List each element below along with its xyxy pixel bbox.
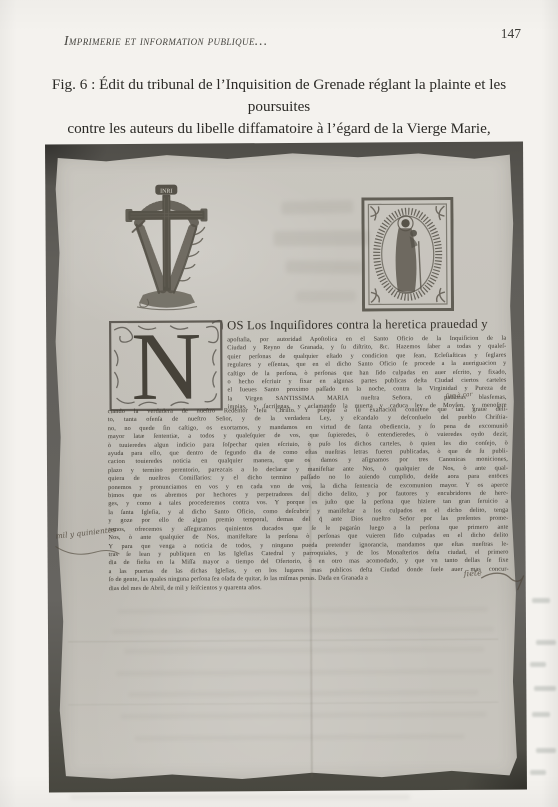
margin-note-flourish (53, 538, 123, 560)
bottom-show-through (70, 795, 410, 799)
inquisition-cross-woodcut: INRI (116, 182, 217, 318)
margin-show-through (532, 712, 550, 717)
initial-letter: N (131, 319, 202, 412)
running-header: Imprimerie et information publique… (64, 33, 267, 49)
margin-show-through (530, 662, 546, 667)
margin-show-through (532, 598, 550, 603)
edict-heading: OS Los Inquiſidores contra la heretica p… (227, 317, 521, 334)
decorated-initial-N-woodcut: N (108, 319, 224, 412)
date-flourish (480, 570, 526, 596)
margin-show-through (530, 770, 546, 775)
page-number: 147 (501, 26, 521, 42)
margin-show-through (536, 640, 556, 645)
edict-main-paragraph: ciando la verdadera de nueſtro Redentor … (108, 406, 509, 593)
edict-indented-paragraph: apoſtaſia, por autoridad Apoſtolica en e… (227, 335, 506, 412)
margin-show-through (536, 748, 556, 753)
margin-show-through (534, 686, 556, 691)
figure-caption-line-2: contre les auteurs du libelle diffamatoi… (22, 118, 536, 140)
virgin-and-child-woodcut (361, 197, 454, 312)
inri-plaque-label: INRI (160, 189, 172, 195)
figure-caption-line-1: Fig. 6 : Édit du tribunal de l’Inquisiti… (22, 74, 536, 118)
figure-photo-frame: INRI (45, 142, 527, 793)
book-page: { "page": { "running_title": "Imprimerie… (0, 0, 558, 807)
